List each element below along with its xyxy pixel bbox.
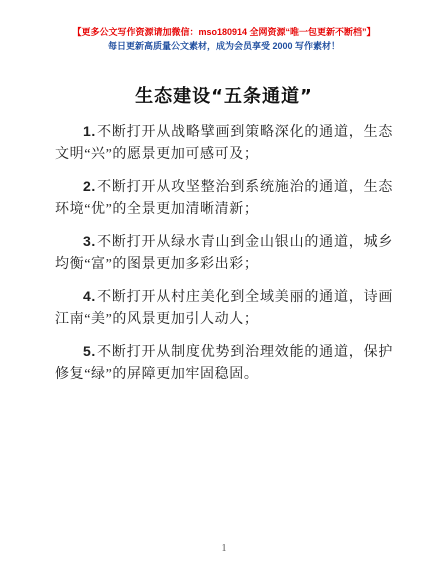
promo-header: 【更多公文写作资源请加微信：mso180914 全网资源“唯一包更新不断档”】 …	[0, 0, 448, 53]
page-number: 1	[0, 543, 448, 554]
document-title: 生态建设“五条通道”	[0, 86, 448, 108]
document-page: 【更多公文写作资源请加微信：mso180914 全网资源“唯一包更新不断档”】 …	[0, 0, 448, 580]
promo-watermark-line2: 每日更新高质量公文素材，成为会员享受 2000 写作素材！	[0, 39, 448, 53]
promo-watermark-line1: 【更多公文写作资源请加微信：mso180914 全网资源“唯一包更新不断档”】	[0, 25, 448, 39]
paragraph-2-number: 2.	[83, 178, 96, 194]
paragraph-3-text: 不断打开从绿水青山到金山银山的通道，城乡均衡“富”的图景更加多彩出彩；	[55, 235, 393, 272]
paragraph-5: 5.不断打开从制度优势到治理效能的通道，保护修复“绿”的屏障更加牢固稳固。	[55, 340, 393, 386]
paragraph-4-text: 不断打开从村庄美化到全域美丽的通道，诗画江南“美”的风景更加引人动人；	[55, 290, 393, 327]
paragraph-2: 2.不断打开从攻坚整治到系统施治的通道，生态环境“优”的全景更加清晰清新；	[55, 175, 393, 221]
paragraph-5-number: 5.	[83, 343, 96, 359]
paragraph-3: 3.不断打开从绿水青山到金山银山的通道，城乡均衡“富”的图景更加多彩出彩；	[55, 230, 393, 276]
paragraph-2-text: 不断打开从攻坚整治到系统施治的通道，生态环境“优”的全景更加清晰清新；	[55, 180, 393, 217]
document-body: 1.不断打开从战略擘画到策略深化的通道，生态文明“兴”的愿景更加可感可及； 2.…	[55, 120, 393, 386]
paragraph-1-text: 不断打开从战略擘画到策略深化的通道，生态文明“兴”的愿景更加可感可及；	[55, 125, 393, 162]
paragraph-4: 4.不断打开从村庄美化到全域美丽的通道，诗画江南“美”的风景更加引人动人；	[55, 285, 393, 331]
paragraph-5-text: 不断打开从制度优势到治理效能的通道，保护修复“绿”的屏障更加牢固稳固。	[55, 345, 393, 382]
paragraph-3-number: 3.	[83, 233, 96, 249]
paragraph-1-number: 1.	[83, 123, 96, 139]
paragraph-1: 1.不断打开从战略擘画到策略深化的通道，生态文明“兴”的愿景更加可感可及；	[55, 120, 393, 166]
paragraph-4-number: 4.	[83, 288, 96, 304]
